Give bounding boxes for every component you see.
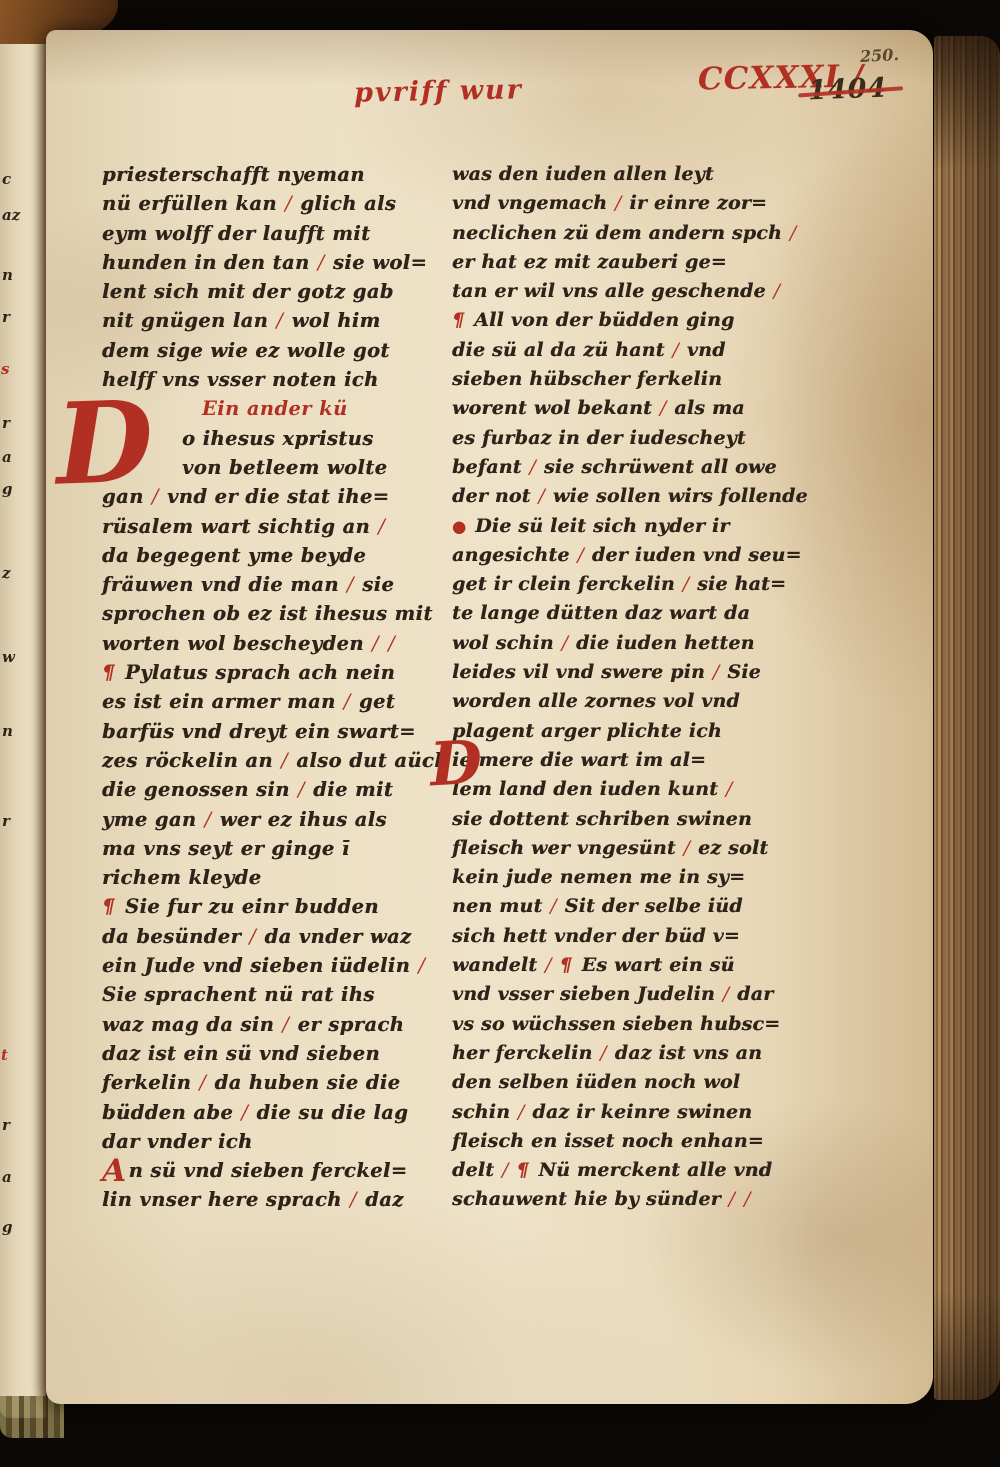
- text-line: schauwent hie by sünder / /: [452, 1185, 862, 1214]
- red-virgule: /: [725, 778, 734, 800]
- text-line: ¶ Sie fur zu einr budden: [102, 892, 442, 921]
- text-line: hunden in den tan / sie wol=: [102, 248, 442, 277]
- text-line: sieben hübscher ferkelin: [452, 365, 862, 394]
- text-line: plagent arger plichte ich: [452, 717, 862, 746]
- column-right: was den iuden allen leytvnd vngemach / i…: [452, 160, 862, 1215]
- text-line: kein jude nemen me in sy=: [452, 863, 862, 892]
- red-virgule: /: [671, 339, 680, 361]
- red-virgule: /: [789, 222, 798, 244]
- text-line: te lange dütten daz wart da: [452, 599, 862, 628]
- text-line: nit gnügen lan / wol him: [102, 306, 442, 335]
- gutter-letter-fragment: g: [2, 482, 13, 497]
- text-line: ferkelin / da huben sie die: [102, 1068, 442, 1097]
- text-line: Do ihesus xpristus: [102, 424, 442, 453]
- text-line: nen mut / Sit der selbe iüd: [452, 892, 862, 921]
- red-virgule: /: [346, 573, 355, 596]
- red-virgule: /: [343, 690, 352, 713]
- red-virgule: /: [537, 485, 546, 507]
- red-mark: ●: [452, 517, 468, 536]
- text-line: büdden abe / die su die lag: [102, 1098, 442, 1127]
- text-line: da begegent yme beyde: [102, 541, 442, 570]
- gutter-letter-fragment: r: [2, 1118, 10, 1133]
- text-line: schin / daz ir keinre swinen: [452, 1098, 862, 1127]
- text-line: angesichte / der iuden vnd seu=: [452, 541, 862, 570]
- red-virgule: /: [544, 954, 553, 976]
- text-line: Sie sprachent nü rat ihs: [102, 980, 442, 1009]
- gutter-letter-fragment: r: [2, 310, 10, 325]
- red-virgule: /: [682, 573, 691, 595]
- red-virgule: /: [317, 251, 326, 274]
- text-line: rüsalem wart sichtig an /: [102, 512, 442, 541]
- text-line: sich hett vnder der büd v=: [452, 922, 862, 951]
- gutter-letter-fragment: c: [2, 172, 11, 187]
- red-virgule: /: [722, 983, 731, 1005]
- text-line: neclichen zü dem andern spch /: [452, 219, 862, 248]
- text-line: tan er wil vns alle geschende /: [452, 277, 862, 306]
- red-virgule: /: [599, 1042, 608, 1064]
- text-line: barfüs vnd dreyt ein swart=: [102, 717, 442, 746]
- red-virgule: /: [549, 895, 558, 917]
- red-paraph: ¶: [560, 954, 575, 976]
- text-line: befant / sie schrüwent all owe: [452, 453, 862, 482]
- text-line: Die mere die wart im al=: [452, 746, 862, 775]
- red-virgule: /: [728, 1188, 737, 1210]
- text-line: worten wol bescheyden / /: [102, 629, 442, 658]
- gutter-letter-fragment: r: [2, 814, 10, 829]
- text-line: ¶ Pylatus sprach ach nein: [102, 658, 442, 687]
- text-line: wol schin / die iuden hetten: [452, 629, 862, 658]
- red-virgule: /: [248, 925, 257, 948]
- red-virgule: /: [281, 1013, 290, 1036]
- gutter-letter-fragment: n: [2, 724, 13, 739]
- red-virgule: /: [659, 397, 668, 419]
- gutter-letter-fragment: a: [2, 450, 12, 465]
- gutter-letter-fragment: w: [2, 650, 15, 665]
- text-line: her ferckelin / daz ist vns an: [452, 1039, 862, 1068]
- red-virgule: /: [240, 1101, 249, 1124]
- illuminated-initial: D: [54, 386, 155, 501]
- text-line: lin vnser here sprach / daz: [102, 1185, 442, 1214]
- gutter-letter-fragment: s: [1, 362, 9, 377]
- text-line: eym wolff der laufft mit: [102, 219, 442, 248]
- text-line: daz ist ein sü vnd sieben: [102, 1039, 442, 1068]
- folio-number: 250.: [860, 45, 900, 66]
- text-line: was den iuden allen leyt: [452, 160, 862, 189]
- red-virgule: /: [371, 632, 380, 655]
- text-line: wandelt / ¶ Es wart ein sü: [452, 951, 862, 980]
- red-virgule: /: [284, 192, 293, 215]
- text-line: sie dottent schriben swinen: [452, 805, 862, 834]
- red-paraph: ¶: [516, 1159, 531, 1181]
- text-line: helff vns vsser noten ich: [102, 365, 442, 394]
- text-line: yme gan / wer ez ihus als: [102, 805, 442, 834]
- gutter-letter-fragment: g: [2, 1220, 13, 1235]
- text-line: leides vil vnd swere pin / Sie: [452, 658, 862, 687]
- running-title: pvriff wur: [354, 74, 523, 109]
- text-line: fräuwen vnd die man / sie: [102, 570, 442, 599]
- red-virgule: /: [773, 280, 782, 302]
- text-line: ¶ All von der büdden ging: [452, 306, 862, 335]
- crossed-out-numeral: 1404: [807, 73, 887, 107]
- text-line: nü erfüllen kan / glich als: [102, 189, 442, 218]
- text-line: vs so wüchssen sieben hubsc=: [452, 1010, 862, 1039]
- red-virgule: /: [275, 309, 284, 332]
- text-line: sprochen ob ez ist ihesus mit: [102, 599, 442, 628]
- red-virgule: /: [517, 1101, 526, 1123]
- red-virgule: /: [614, 192, 623, 214]
- red-virgule: /: [712, 661, 721, 683]
- text-line: dar vnder ich: [102, 1127, 442, 1156]
- text-line: delt / ¶ Nü merckent alle vnd: [452, 1156, 862, 1185]
- red-virgule: /: [528, 456, 537, 478]
- red-virgule: /: [297, 778, 306, 801]
- text-line: vnd vngemach / ir einre zor=: [452, 189, 862, 218]
- text-line: lem land den iuden kunt /: [452, 775, 862, 804]
- red-virgule: /: [377, 515, 386, 538]
- red-virgule: /: [743, 1188, 752, 1210]
- text-line: get ir clein ferckelin / sie hat=: [452, 570, 862, 599]
- red-paraph: ¶: [452, 309, 467, 331]
- text-line: lent sich mit der gotz gab: [102, 277, 442, 306]
- red-virgule: /: [561, 632, 570, 654]
- text-line: fleisch en isset noch enhan=: [452, 1127, 862, 1156]
- red-virgule: /: [204, 808, 213, 831]
- text-line: es furbaz in der iudescheyt: [452, 424, 862, 453]
- text-line: zes röckelin an / also dut aüch: [102, 746, 442, 775]
- red-initial: A: [102, 1153, 127, 1189]
- red-paraph: ¶: [102, 895, 118, 918]
- text-line: die genossen sin / die mit: [102, 775, 442, 804]
- text-line: ein Jude vnd sieben iüdelin /: [102, 951, 442, 980]
- text-line: richem kleyde: [102, 863, 442, 892]
- manuscript-page: pvriff wur CCXXXI / 1404 250. priestersc…: [46, 30, 933, 1404]
- gutter-letter-fragment: r: [2, 416, 10, 431]
- gutter-letter-fragment: a: [2, 1170, 12, 1185]
- text-line: der not / wie sollen wirs follende: [452, 482, 862, 511]
- text-line: ma vns seyt er ginge ī: [102, 834, 442, 863]
- text-line: An sü vnd sieben ferckel=: [102, 1156, 442, 1185]
- red-virgule: /: [198, 1071, 207, 1094]
- gutter-letter-fragment: z: [2, 566, 11, 581]
- red-virgule: /: [501, 1159, 510, 1181]
- red-virgule: /: [417, 954, 426, 977]
- text-line: die sü al da zü hant / vnd: [452, 336, 862, 365]
- book-fore-edge: [934, 36, 1000, 1400]
- text-line: vnd vsser sieben Judelin / dar: [452, 980, 862, 1009]
- text-line: er hat ez mit zauberi ge=: [452, 248, 862, 277]
- column-left: priesterschafft nyemannü erfüllen kan / …: [102, 160, 442, 1215]
- red-virgule: /: [280, 749, 289, 772]
- gutter-letter-fragment: t: [1, 1048, 8, 1063]
- text-line: waz mag da sin / er sprach: [102, 1010, 442, 1039]
- red-virgule: /: [349, 1188, 358, 1211]
- text-line: es ist ein armer man / get: [102, 687, 442, 716]
- text-line: worent wol bekant / als ma: [452, 394, 862, 423]
- red-virgule: /: [683, 837, 692, 859]
- gutter-letter-fragment: n: [2, 268, 13, 283]
- text-line: priesterschafft nyeman: [102, 160, 442, 189]
- text-line: dem sige wie ez wolle got: [102, 336, 442, 365]
- gutter-letter-fragment: az: [2, 208, 20, 223]
- text-line: den selben iüden noch wol: [452, 1068, 862, 1097]
- text-line: worden alle zornes vol vnd: [452, 687, 862, 716]
- text-line: da besünder / da vnder waz: [102, 922, 442, 951]
- text-line: ● Die sü leit sich nyder ir: [452, 512, 862, 541]
- text-line: fleisch wer vngesünt / ez solt: [452, 834, 862, 863]
- manuscript-photo: caznrsragzwnrtrag pvriff wur CCXXXI / 14…: [0, 0, 1000, 1467]
- red-paraph: ¶: [102, 661, 118, 684]
- red-virgule: /: [576, 544, 585, 566]
- illuminated-initial: D: [428, 733, 483, 796]
- red-virgule: /: [387, 632, 396, 655]
